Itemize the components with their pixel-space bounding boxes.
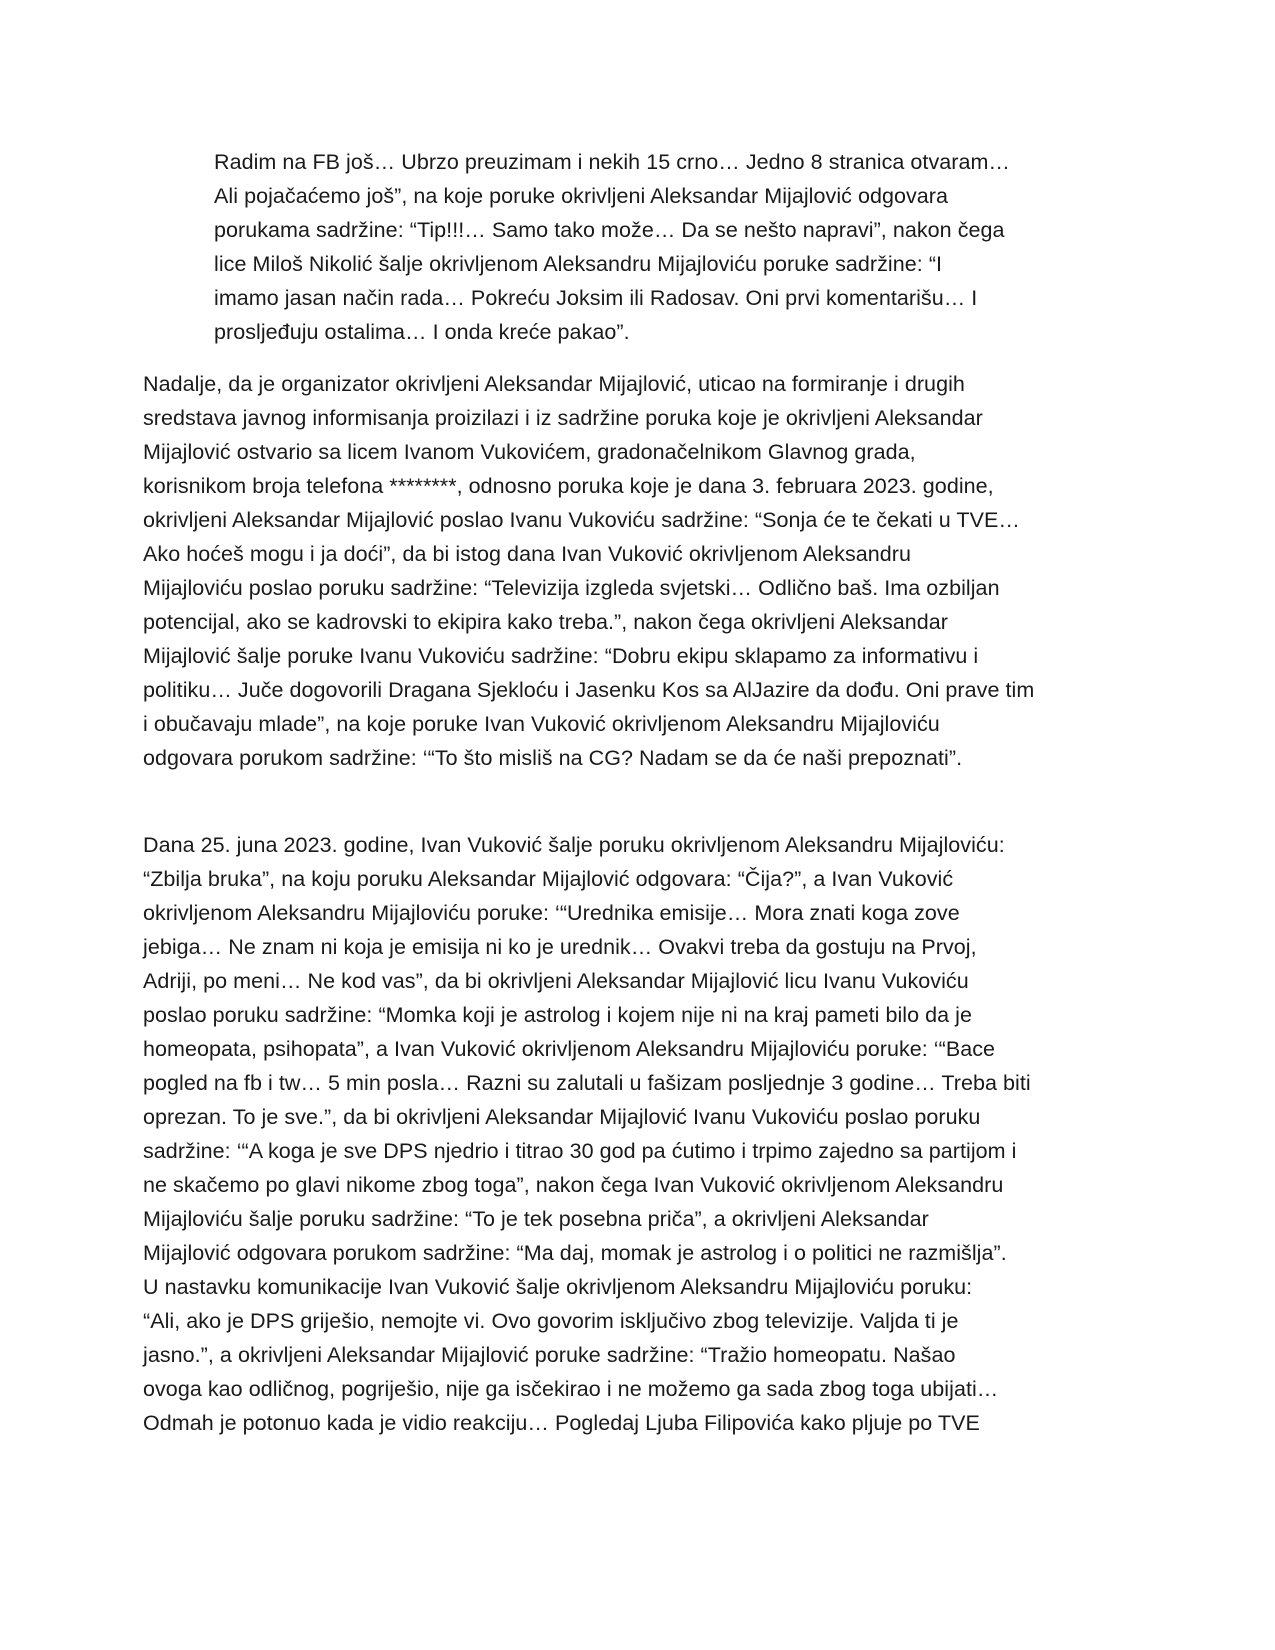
indented-quote-paragraph: Radim na FB još… Ubrzo preuzimam i nekih… (214, 145, 1010, 349)
text-line: i obučavaju mlade”, na koje poruke Ivan … (143, 707, 1034, 741)
text-line: korisnikom broja telefona ********, odno… (143, 469, 1034, 503)
text-line: “Zbilja bruka”, na koju poruku Aleksanda… (143, 862, 1031, 896)
text-line: oprezan. To je sve.”, da bi okrivljeni A… (143, 1100, 1031, 1134)
text-line: Mijajlović odgovara porukom sadržine: “M… (143, 1236, 1031, 1270)
text-line: “Ali, ako je DPS griješio, nemojte vi. O… (143, 1304, 1031, 1338)
text-line: Radim na FB još… Ubrzo preuzimam i nekih… (214, 145, 1010, 179)
paragraph-nadalje: Nadalje, da je organizator okrivljeni Al… (143, 367, 1034, 775)
text-line: jasno.”, a okrivljeni Aleksandar Mijajlo… (143, 1338, 1031, 1372)
text-line: pogled na fb i tw… 5 min posla… Razni su… (143, 1066, 1031, 1100)
text-line: Adriji, po meni… Ne kod vas”, da bi okri… (143, 964, 1031, 998)
text-line: homeopata, psihopata”, a Ivan Vuković ok… (143, 1032, 1031, 1066)
text-line: imamo jasan način rada… Pokreću Joksim i… (214, 281, 1010, 315)
text-line: jebiga… Ne znam ni koja je emisija ni ko… (143, 930, 1031, 964)
text-line: Mijajloviću šalje poruku sadržine: “To j… (143, 1202, 1031, 1236)
text-line: Ali pojačaćemo još”, na koje poruke okri… (214, 179, 1010, 213)
text-line: Dana 25. juna 2023. godine, Ivan Vuković… (143, 828, 1031, 862)
text-line: prosljeđuju ostalima… I onda kreće pakao… (214, 315, 1010, 349)
text-line: odgovara porukom sadržine: ‘“To što misl… (143, 741, 1034, 775)
text-line: porukama sadržine: “Tip!!!… Samo tako mo… (214, 213, 1010, 247)
text-line: ne skačemo po glavi nikome zbog toga”, n… (143, 1168, 1031, 1202)
text-line: Mijajlović šalje poruke Ivanu Vukoviću s… (143, 639, 1034, 673)
text-line: okrivljenom Aleksandru Mijajloviću poruk… (143, 896, 1031, 930)
text-line: lice Miloš Nikolić šalje okrivljenom Ale… (214, 247, 1010, 281)
text-line: poslao poruku sadržine: “Momka koji je a… (143, 998, 1031, 1032)
text-line: Odmah je potonuo kada je vidio reakciju…… (143, 1406, 1031, 1440)
text-line: sredstava javnog informisanja proizilazi… (143, 401, 1034, 435)
text-line: politiku… Juče dogovorili Dragana Sjeklo… (143, 673, 1034, 707)
text-line: Mijajloviću poslao poruku sadržine: “Tel… (143, 571, 1034, 605)
text-line: Ako hoćeš mogu i ja doći”, da bi istog d… (143, 537, 1034, 571)
paragraph-dana-25-juna: Dana 25. juna 2023. godine, Ivan Vuković… (143, 828, 1031, 1440)
text-line: ovoga kao odličnog, pogriješio, nije ga … (143, 1372, 1031, 1406)
text-line: Mijajlović ostvario sa licem Ivanom Vuko… (143, 435, 1034, 469)
text-line: U nastavku komunikacije Ivan Vuković šal… (143, 1270, 1031, 1304)
text-line: Nadalje, da je organizator okrivljeni Al… (143, 367, 1034, 401)
document-page: Radim na FB još… Ubrzo preuzimam i nekih… (0, 0, 1275, 1650)
text-line: sadržine: ‘“A koga je sve DPS njedrio i … (143, 1134, 1031, 1168)
text-line: potencijal, ako se kadrovski to ekipira … (143, 605, 1034, 639)
text-line: okrivljeni Aleksandar Mijajlović poslao … (143, 503, 1034, 537)
